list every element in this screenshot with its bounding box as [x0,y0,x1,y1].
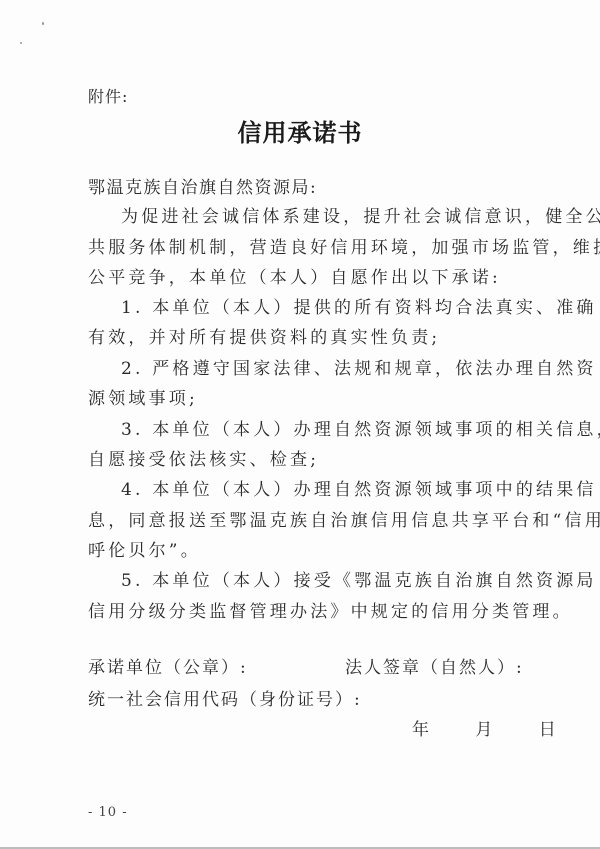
scan-speck [42,22,44,25]
body-line: 3. 本单位（本人）办理自然资源领域事项的相关信息， [121,420,600,440]
body-line: 有效，并对所有提供资料的真实性负责; [88,328,440,348]
body-line: 息，同意报送至鄂温克族自治旗信用信息共享平台和“信用 [88,511,600,531]
body-line: 5. 本单位（本人）接受《鄂温克族自治旗自然资源局 [121,571,597,591]
body-line: 为促进社会诚信体系建设，提升社会诚信意识，健全公 [121,207,600,227]
body-line: 1. 本单位（本人）提供的所有资料均合法真实、准确 [121,298,597,318]
scan-speck [20,42,22,44]
document-page: 附件: 信用承诺书 鄂温克族自治旗自然资源局: 为促进社会诚信体系建设，提升社会… [0,0,600,849]
credit-code-label: 统一社会信用代码（身份证号）: [88,690,362,710]
body-line: 2. 严格遵守国家法律、法规和规章，依法办理自然资 [121,359,597,379]
body-line: 公平竞争，本单位（本人）自愿作出以下承诺: [88,268,501,288]
unit-seal-label: 承诺单位（公章）: [88,658,248,678]
body-line: 信用分级分类监督管理办法》中规定的信用分类管理。 [88,602,573,622]
body-line: 自愿接受依法核实、检查; [88,450,319,470]
body-line: 共服务体制机制，营造良好信用环境，加强市场监管，维护 [88,238,600,258]
attachment-label: 附件: [88,87,128,107]
document-title: 信用承诺书 [0,113,600,148]
date-label: 年 月 日 [412,720,564,740]
legal-person-label: 法人签章（自然人）: [345,658,524,678]
addressee: 鄂温克族自治旗自然资源局: [88,178,317,198]
body-line: 源领域事项; [88,389,198,409]
body-line: 4. 本单位（本人）办理自然资源领域事项中的结果信 [121,480,597,500]
page-number: - 10 - [88,805,128,820]
body-line: 呼伦贝尔”。 [88,541,201,561]
